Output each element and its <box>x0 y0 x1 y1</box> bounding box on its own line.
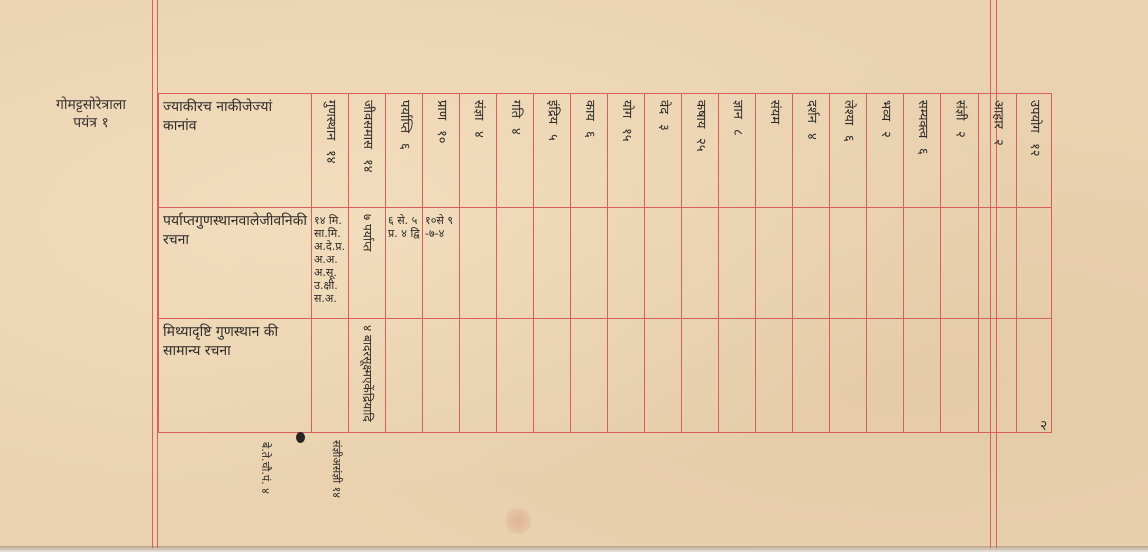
table-cell <box>311 319 348 433</box>
table-cell <box>903 208 940 319</box>
table-cell <box>607 319 644 433</box>
table-cell <box>459 319 496 433</box>
table-cell <box>978 208 1016 319</box>
col-header-kay: काय६ <box>570 94 607 208</box>
table-cell <box>570 319 607 433</box>
table-cell <box>829 208 866 319</box>
table-cell <box>496 319 533 433</box>
table-cell <box>644 319 681 433</box>
table-cell <box>644 208 681 319</box>
col-header-ved: वेद३ <box>644 94 681 208</box>
col-header-kashay: कषाय२५ <box>681 94 718 208</box>
paper-stain <box>505 508 531 534</box>
table-cell <box>681 319 718 433</box>
table-cell <box>866 208 903 319</box>
table-cell <box>533 319 570 433</box>
table-cell <box>978 319 1016 433</box>
table-cell <box>422 319 459 433</box>
margin-title: गोमट्टसोरेत्राला पयंत्र १ <box>26 96 156 132</box>
overflow-note-left: बे.ते.चौ.पं. ४ <box>259 442 271 494</box>
table-cell <box>385 319 422 433</box>
col-header-indriya: इंद्रिय५ <box>533 94 570 208</box>
table-cell <box>940 208 978 319</box>
table-cell <box>829 319 866 433</box>
table-cell <box>681 208 718 319</box>
col-header-jivasamas: जीवसमास१४ <box>348 94 385 208</box>
table-cell <box>570 208 607 319</box>
overflow-note-right: संज्ञीअसंज्ञी १४ <box>330 440 342 498</box>
table-cell <box>866 319 903 433</box>
col-header-pran: प्राण१० <box>422 94 459 208</box>
table-cell <box>1016 208 1051 319</box>
col-header-darshan: दर्शन४ <box>792 94 829 208</box>
ledger-table: ज्याकीरच नाकीजेज्यां कानांव गुणस्थान१४ ज… <box>158 93 1052 433</box>
col-header-gyan: ज्ञान८ <box>718 94 755 208</box>
col-header-gunasthan: गुणस्थान१४ <box>311 94 348 208</box>
table-cell: १०से ९-७-४ <box>422 208 459 319</box>
page-edge <box>0 546 1148 552</box>
margin-title-line1: गोमट्टसोरेत्राला <box>26 96 156 114</box>
table-cell <box>718 208 755 319</box>
col-header-yog: योग१५ <box>607 94 644 208</box>
corner-header: ज्याकीरच नाकीजेज्यां कानांव <box>159 94 312 208</box>
table-cell: ६ से. ५ प्र. ४ द्वि <box>385 208 422 319</box>
table-cell <box>792 208 829 319</box>
col-header-sanjna: संज्ञा४ <box>459 94 496 208</box>
col-header-upayog: उपयोग१२ <box>1016 94 1051 208</box>
table-cell: ७ पर्याप्त <box>348 208 385 319</box>
col-header-bhavya: भव्य२ <box>866 94 903 208</box>
margin-title-line2: पयंत्र १ <box>26 114 156 132</box>
col-header-sanyam: संयम <box>755 94 792 208</box>
table-cell <box>755 208 792 319</box>
page-number: २ <box>1040 416 1047 435</box>
col-header-ahar: आहार२ <box>978 94 1016 208</box>
table-cell <box>459 208 496 319</box>
table-cell <box>496 208 533 319</box>
row-label: मिथ्यादृष्टि गुणस्थान की सामान्य रचना <box>159 319 312 433</box>
col-header-paryapti: पर्याप्ति६ <box>385 94 422 208</box>
table-cell <box>792 319 829 433</box>
col-header-gati: गति४ <box>496 94 533 208</box>
col-header-samyaktva: सम्यक्त्व६ <box>903 94 940 208</box>
table-cell <box>903 319 940 433</box>
table-cell <box>533 208 570 319</box>
table-cell <box>940 319 978 433</box>
row-label: पर्याप्तगुणस्थानवालेजीवनिकी रचना <box>159 208 312 319</box>
col-header-sanjni: संज्ञी२ <box>940 94 978 208</box>
table-row: पर्याप्तगुणस्थानवालेजीवनिकी रचना १४ मि.स… <box>159 208 1052 319</box>
margin-rule-left <box>152 0 153 548</box>
table-cell <box>755 319 792 433</box>
header-row: ज्याकीरच नाकीजेज्यां कानांव गुणस्थान१४ ज… <box>159 94 1052 208</box>
table-row: मिथ्यादृष्टि गुणस्थान की सामान्य रचना ४ … <box>159 319 1052 433</box>
table-cell: ४ बादरसूक्ष्मएकेंद्रियादि <box>348 319 385 433</box>
table-cell <box>718 319 755 433</box>
col-header-leshya: लेश्या६ <box>829 94 866 208</box>
ink-blot <box>296 432 305 443</box>
table-cell: १४ मि.सा.मि.अ.दे.प्र.अ.अ.अ.सू.उ.क्षी.स.अ… <box>311 208 348 319</box>
table-cell <box>607 208 644 319</box>
